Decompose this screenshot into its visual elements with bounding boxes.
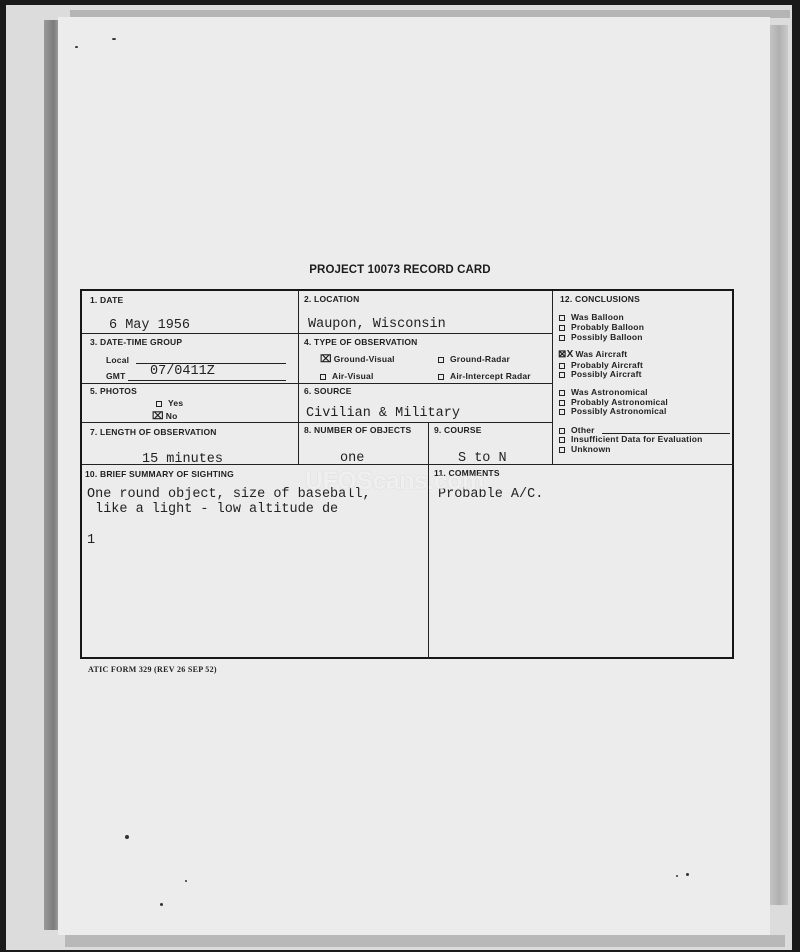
conclusion-unknown[interactable]: Unknown (559, 444, 611, 454)
conclusion-insufficient-data[interactable]: Insufficient Data for Evaluation (559, 434, 703, 444)
gmt-value: 07/0411Z (150, 364, 215, 379)
gmt-label: GMT (106, 371, 125, 381)
divider (298, 291, 299, 465)
dust-speck (112, 38, 116, 40)
dust-speck (160, 903, 163, 906)
conclusion-possibly-balloon[interactable]: Possibly Balloon (559, 332, 643, 342)
option-photos-yes[interactable]: Yes (156, 398, 183, 408)
gmt-field-underline (128, 380, 286, 381)
conclusion-probably-balloon[interactable]: Probably Balloon (559, 322, 644, 332)
watermark: UFOScans.com (305, 467, 484, 496)
course-label: 9. COURSE (434, 425, 482, 435)
summary-label: 10. BRIEF SUMMARY OF SIGHTING (85, 469, 234, 479)
checkbox-icon (559, 325, 565, 331)
divider (82, 422, 552, 423)
checked-x-icon: ⌧ (320, 354, 332, 365)
dust-speck (686, 873, 689, 876)
observation-type-label: 4. TYPE OF OBSERVATION (304, 337, 418, 347)
divider (428, 423, 429, 659)
checkbox-icon (559, 372, 565, 378)
course-value: S to N (458, 451, 507, 466)
option-air-intercept-radar[interactable]: Air-Intercept Radar (438, 371, 531, 381)
dust-speck (125, 835, 129, 839)
checkbox-icon (559, 315, 565, 321)
scan-edge-bottom (65, 935, 785, 947)
dust-speck (75, 46, 78, 48)
local-time-label: Local (106, 355, 129, 365)
conclusion-possibly-astronomical[interactable]: Possibly Astronomical (559, 406, 667, 416)
form-number: ATIC FORM 329 (REV 26 SEP 52) (88, 665, 217, 674)
checkbox-icon (559, 409, 565, 415)
option-ground-visual[interactable]: ⌧Ground-Visual (320, 354, 395, 365)
checked-x-icon: ⊠X (558, 349, 573, 360)
checkbox-icon (559, 437, 565, 443)
date-value: 6 May 1956 (109, 318, 190, 333)
divider (82, 333, 552, 334)
document-title: PROJECT 10073 RECORD CARD (0, 264, 800, 276)
date-time-group-label: 3. DATE-TIME GROUP (90, 337, 182, 347)
option-ground-radar[interactable]: Ground-Radar (438, 354, 510, 364)
divider (82, 383, 552, 384)
summary-line-2: like a light - low altitude de (87, 502, 338, 517)
objects-count-label: 8. NUMBER OF OBJECTS (304, 425, 411, 435)
source-label: 6. SOURCE (304, 386, 352, 396)
conclusion-was-balloon[interactable]: Was Balloon (559, 312, 624, 322)
option-photos-no[interactable]: ⌧No (152, 411, 177, 422)
checkbox-icon (156, 401, 162, 407)
checkbox-icon (559, 447, 565, 453)
conclusion-was-astronomical[interactable]: Was Astronomical (559, 387, 648, 397)
checkbox-icon (320, 374, 326, 380)
scan-edge-right (770, 25, 788, 905)
checked-x-icon: ⌧ (152, 411, 164, 422)
conclusions-label: 12. CONCLUSIONS (560, 294, 640, 304)
length-value: 15 minutes (142, 452, 223, 467)
dust-speck (185, 880, 187, 882)
photos-label: 5. PHOTOS (90, 386, 137, 396)
location-label: 2. LOCATION (304, 294, 359, 304)
summary-line-4: 1 (87, 533, 95, 548)
objects-count-value: one (340, 451, 364, 466)
checkbox-icon (559, 390, 565, 396)
option-air-visual[interactable]: Air-Visual (320, 371, 374, 381)
checkbox-icon (438, 374, 444, 380)
source-value: Civilian & Military (306, 406, 460, 421)
location-value: Waupon, Wisconsin (308, 317, 446, 332)
conclusion-was-aircraft[interactable]: ⊠XWas Aircraft (558, 349, 627, 360)
checkbox-icon (559, 335, 565, 341)
dust-speck (676, 875, 678, 877)
conclusion-possibly-aircraft[interactable]: Possibly Aircraft (559, 369, 642, 379)
divider (552, 291, 553, 465)
date-label: 1. DATE (90, 295, 123, 305)
checkbox-icon (438, 357, 444, 363)
length-label: 7. LENGTH OF OBSERVATION (90, 427, 217, 437)
